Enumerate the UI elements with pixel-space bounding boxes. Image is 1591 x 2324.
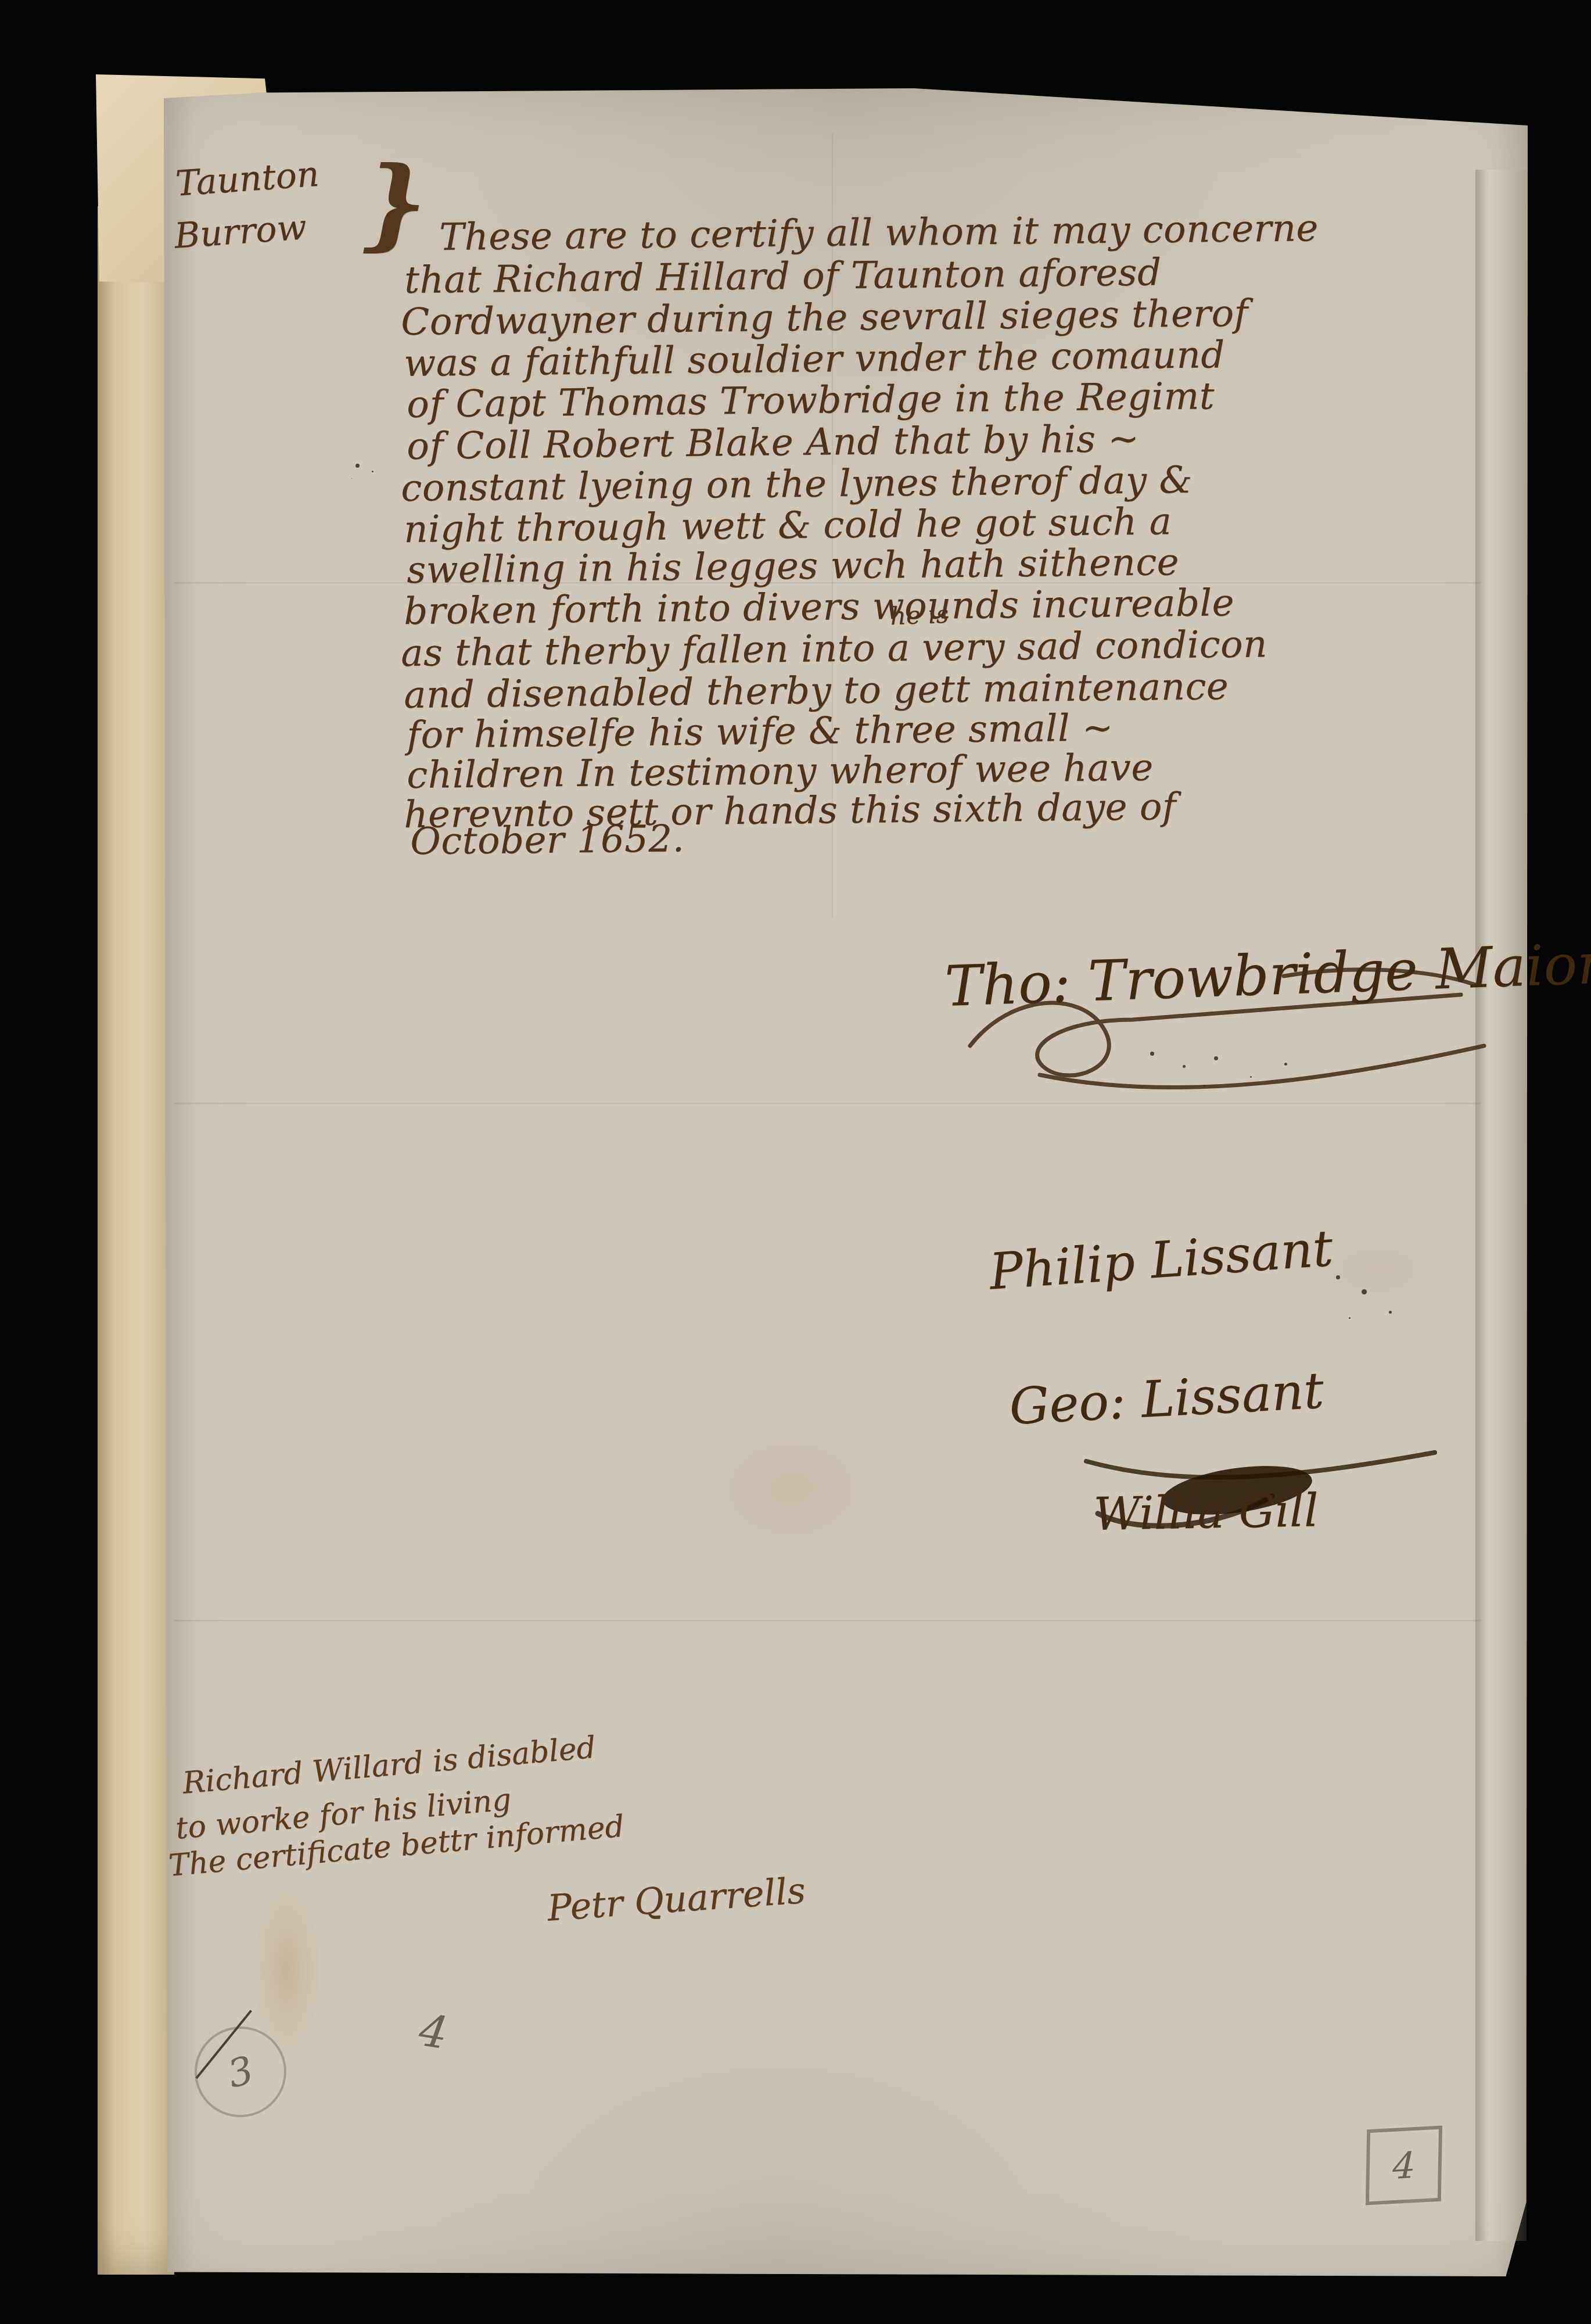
ink-spatter-margin [355,464,360,468]
fold-crease-lower [174,1620,1481,1622]
body-line: October 1652. [410,817,685,863]
ink-spatter-witness [1336,1275,1340,1279]
boxed-number-text: 4 [1392,2143,1416,2187]
body-line: These are to certify all whom it may con… [439,207,1319,259]
witness-signature-3: Willia Gill [1093,1484,1319,1541]
signature-flourish [935,959,1516,1110]
circled-number-text: 3 [223,2047,257,2097]
interlinear-insertion: he is [890,600,949,630]
margin-note-bracket: } [363,145,426,261]
photo-background: { "palette": { "background": "#050505", … [0,0,1591,2324]
page-edge-strip [1475,170,1527,2241]
pencil-boxed-number: 4 [1366,2125,1442,2205]
backing-strip [98,206,174,2275]
